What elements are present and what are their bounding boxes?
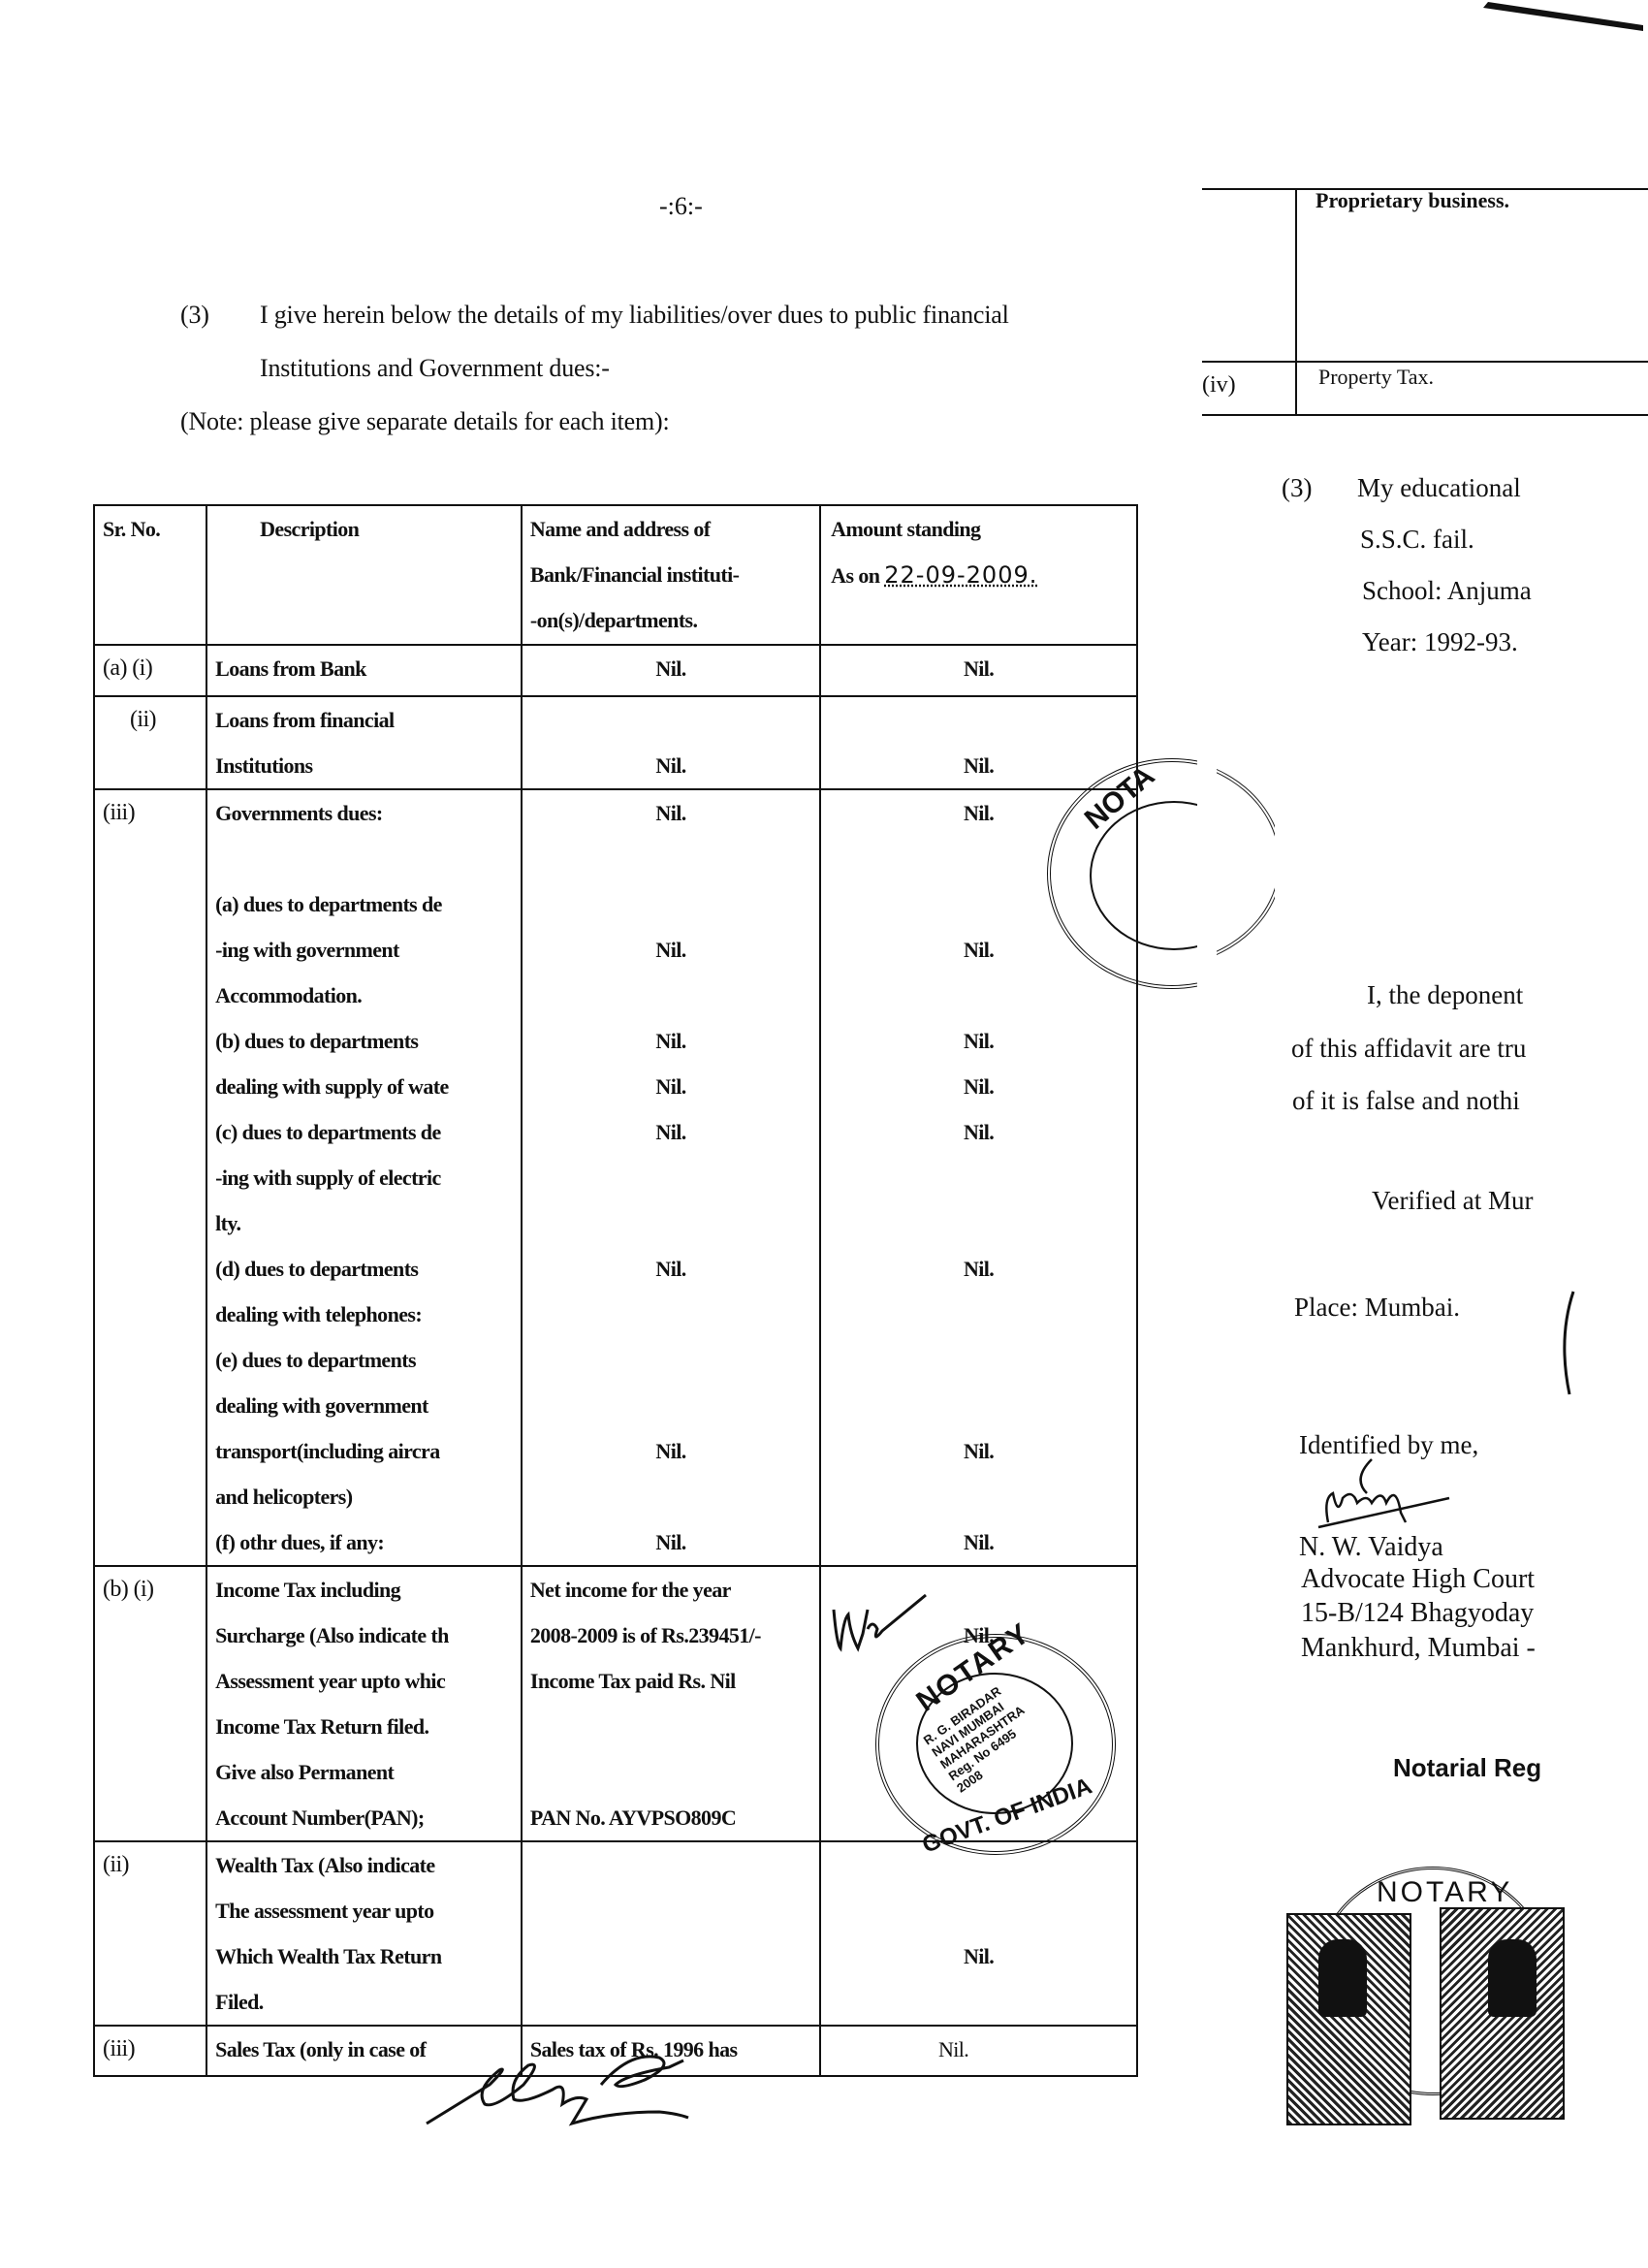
cell-line bbox=[530, 836, 811, 881]
right-table-line bbox=[1295, 188, 1297, 416]
revenue-stamp-block: NOTARY bbox=[1284, 1857, 1566, 2109]
cell-line: 2008-2009 is of Rs.239451/- bbox=[530, 1613, 811, 1658]
cell-line bbox=[530, 881, 811, 927]
deponent-line: of this affidavit are tru bbox=[1291, 1036, 1526, 1062]
cell-line: Nil. bbox=[530, 1064, 811, 1109]
cell-line: Income Tax Return filed. bbox=[215, 1704, 513, 1749]
cell-line: and helicopters) bbox=[215, 1474, 513, 1519]
cell-line: Nil. bbox=[829, 1064, 1128, 1109]
cell-line: Give also Permanent bbox=[215, 1749, 513, 1795]
cell-line bbox=[829, 1383, 1128, 1428]
cell-line: dealing with government bbox=[215, 1383, 513, 1428]
pen-stroke-mark bbox=[1483, 0, 1648, 39]
section-number: (3) bbox=[180, 303, 209, 328]
cell-line: transport(including aircra bbox=[215, 1428, 513, 1474]
cell-line: (d) dues to departments bbox=[215, 1246, 513, 1292]
row-bank: Nil. bbox=[522, 696, 820, 789]
amount-date: 22-09-2009. bbox=[884, 561, 1037, 589]
cell-line: Filed. bbox=[215, 1979, 513, 2025]
row-bank: Nil.Nil.Nil.Nil.Nil.Nil.Nil.Nil. bbox=[522, 789, 820, 1566]
notary-stamp: NOTARY GOVT. OF INDIA R. G. BIRADAR NAVI… bbox=[875, 1634, 1116, 1855]
page-fold-mask bbox=[1146, 504, 1204, 2056]
table-header-row: Sr. No. Description Name and address of … bbox=[94, 505, 1137, 645]
row-amount: Nil. bbox=[820, 645, 1137, 696]
page-number: -:6:- bbox=[659, 192, 703, 221]
notarial-reg-label: Notarial Reg bbox=[1393, 1753, 1541, 1783]
verified-at: Verified at Mur bbox=[1372, 1188, 1533, 1214]
row-amount: Nil. bbox=[820, 1841, 1137, 2026]
row-sr: (iii) bbox=[94, 2026, 206, 2076]
table-row: (ii) Loans from financial Institutions N… bbox=[94, 696, 1137, 789]
cell-line: Nil. bbox=[530, 1428, 811, 1474]
row-sr: (ii) bbox=[94, 696, 206, 789]
table-row: (iii) Governments dues:(a) dues to depar… bbox=[94, 789, 1137, 1566]
education-line: S.S.C. fail. bbox=[1360, 527, 1474, 553]
row-sr: (ii) bbox=[94, 1841, 206, 2026]
cell-line bbox=[530, 1888, 811, 1933]
header-description: Description bbox=[206, 505, 522, 645]
cell-line: Income Tax paid Rs. Nil bbox=[530, 1658, 811, 1704]
cell-line: Assessment year upto whic bbox=[215, 1658, 513, 1704]
proprietary-business-label: Proprietary business. bbox=[1315, 188, 1509, 213]
cell-line: Which Wealth Tax Return bbox=[215, 1933, 513, 1979]
cell-line bbox=[530, 1200, 811, 1246]
cell-line: -ing with supply of electric bbox=[215, 1155, 513, 1200]
cell-line bbox=[530, 1474, 811, 1519]
row-sr: (b) (i) bbox=[94, 1566, 206, 1841]
emblem-icon bbox=[1488, 1939, 1537, 2017]
property-tax-label: Property Tax. bbox=[1318, 365, 1434, 390]
cell-line: (b) dues to departments bbox=[215, 1018, 513, 1064]
row-description: Loans from financial Institutions bbox=[206, 696, 522, 789]
cell-line bbox=[530, 1704, 811, 1749]
cell-line: PAN No. AYVPSO809C bbox=[530, 1795, 811, 1840]
cell-line: lty. bbox=[215, 1200, 513, 1246]
advocate-address: Mankhurd, Mumbai - bbox=[1301, 1635, 1536, 1662]
cell-line bbox=[530, 1155, 811, 1200]
cell-line bbox=[215, 836, 513, 881]
cell-line: Nil. bbox=[530, 1246, 811, 1292]
cell-line: dealing with telephones: bbox=[215, 1292, 513, 1337]
cell-line: Account Number(PAN); bbox=[215, 1795, 513, 1840]
cell-line: Nil. bbox=[829, 1428, 1128, 1474]
advocate-address: 15-B/124 Bhagyoday bbox=[1301, 1600, 1534, 1627]
table-row: (ii) Wealth Tax (Also indicateThe assess… bbox=[94, 1841, 1137, 2026]
cell-line: dealing with supply of wate bbox=[215, 1064, 513, 1109]
cell-line: Nil. bbox=[829, 1109, 1128, 1155]
cell-line: (e) dues to departments bbox=[215, 1337, 513, 1383]
row-description: Wealth Tax (Also indicateThe assessment … bbox=[206, 1841, 522, 2026]
advocate-title: Advocate High Court bbox=[1301, 1566, 1535, 1593]
row-sr: (a) (i) bbox=[94, 645, 206, 696]
cell-line bbox=[829, 1200, 1128, 1246]
right-table-line bbox=[1202, 414, 1648, 416]
cell-line bbox=[530, 1749, 811, 1795]
row-description: Income Tax includingSurcharge (Also indi… bbox=[206, 1566, 522, 1841]
row-description: Loans from Bank bbox=[206, 645, 522, 696]
intro-text-line: Institutions and Government dues:- bbox=[260, 356, 610, 381]
right-table-line bbox=[1202, 361, 1648, 363]
cell-line: Nil. bbox=[530, 1018, 811, 1064]
cell-line: Surcharge (Also indicate th bbox=[215, 1613, 513, 1658]
deponent-line: I, the deponent bbox=[1367, 982, 1523, 1008]
notary-stamp-fragment-right bbox=[1217, 756, 1275, 970]
table-row: (a) (i) Loans from Bank Nil. Nil. bbox=[94, 645, 1137, 696]
cell-line: Governments dues: bbox=[215, 790, 513, 836]
cell-line bbox=[829, 1337, 1128, 1383]
cell-line: (c) dues to departments de bbox=[215, 1109, 513, 1155]
education-number: (3) bbox=[1282, 475, 1312, 501]
row-bank bbox=[522, 1841, 820, 2026]
cell-line bbox=[530, 973, 811, 1018]
header-bank: Name and address of Bank/Financial insti… bbox=[522, 505, 820, 645]
row-bank: Nil. bbox=[522, 645, 820, 696]
signature-icon bbox=[417, 2046, 727, 2133]
notary-stamp-fragment: NOTA bbox=[1042, 747, 1197, 999]
cell-line: (a) dues to departments de bbox=[215, 881, 513, 927]
cell-line: Nil. bbox=[530, 927, 811, 973]
emblem-icon bbox=[1318, 1939, 1367, 2017]
row-amount: Nil. bbox=[820, 2026, 1137, 2076]
education-line: School: Anjuma bbox=[1362, 578, 1532, 604]
cell-line bbox=[530, 1933, 811, 1979]
education-line: Year: 1992-93. bbox=[1362, 629, 1518, 655]
deponent-line: of it is false and nothi bbox=[1292, 1088, 1520, 1114]
advocate-signature-icon bbox=[1314, 1454, 1459, 1537]
row-bank: Net income for the year2008-2009 is of R… bbox=[522, 1566, 820, 1841]
row-iv-label: (iv) bbox=[1202, 372, 1236, 399]
education-line: My educational bbox=[1357, 475, 1521, 501]
place: Place: Mumbai. bbox=[1294, 1294, 1460, 1321]
cell-line: The assessment year upto bbox=[215, 1888, 513, 1933]
cell-line: Nil. bbox=[829, 1933, 1128, 1979]
cell-line bbox=[530, 1842, 811, 1888]
cell-line: Nil. bbox=[530, 790, 811, 836]
header-amount: Amount standing As on 22-09-2009. bbox=[820, 505, 1137, 645]
cell-line: (f) othr dues, if any: bbox=[215, 1519, 513, 1565]
cell-line bbox=[530, 1337, 811, 1383]
intro-note: (Note: please give separate details for … bbox=[180, 409, 670, 434]
cell-line bbox=[829, 1474, 1128, 1519]
row-description: Governments dues:(a) dues to departments… bbox=[206, 789, 522, 1566]
cell-line bbox=[530, 1383, 811, 1428]
cell-line: -ing with government bbox=[215, 927, 513, 973]
cell-line bbox=[530, 1292, 811, 1337]
initials-icon bbox=[829, 1590, 935, 1668]
cell-line bbox=[829, 1888, 1128, 1933]
cell-line bbox=[829, 1979, 1128, 2025]
row-sr: (iii) bbox=[94, 789, 206, 1566]
cell-line: Nil. bbox=[829, 1519, 1128, 1565]
cell-line: Net income for the year bbox=[530, 1567, 811, 1613]
header-sr-no: Sr. No. bbox=[94, 505, 206, 645]
cell-line: Nil. bbox=[829, 1246, 1128, 1292]
cell-line: Nil. bbox=[530, 1109, 811, 1155]
cell-line: Income Tax including bbox=[215, 1567, 513, 1613]
cell-line bbox=[530, 1979, 811, 2025]
advocate-name: N. W. Vaidya bbox=[1299, 1534, 1443, 1561]
cell-line: Nil. bbox=[829, 1018, 1128, 1064]
cell-line bbox=[829, 1155, 1128, 1200]
bracket-mark bbox=[1556, 1290, 1575, 1396]
cell-line bbox=[829, 1292, 1128, 1337]
intro-text-line: I give herein below the details of my li… bbox=[260, 303, 1009, 328]
cell-line: Wealth Tax (Also indicate bbox=[215, 1842, 513, 1888]
cell-line: Nil. bbox=[530, 1519, 811, 1565]
cell-line: Accommodation. bbox=[215, 973, 513, 1018]
